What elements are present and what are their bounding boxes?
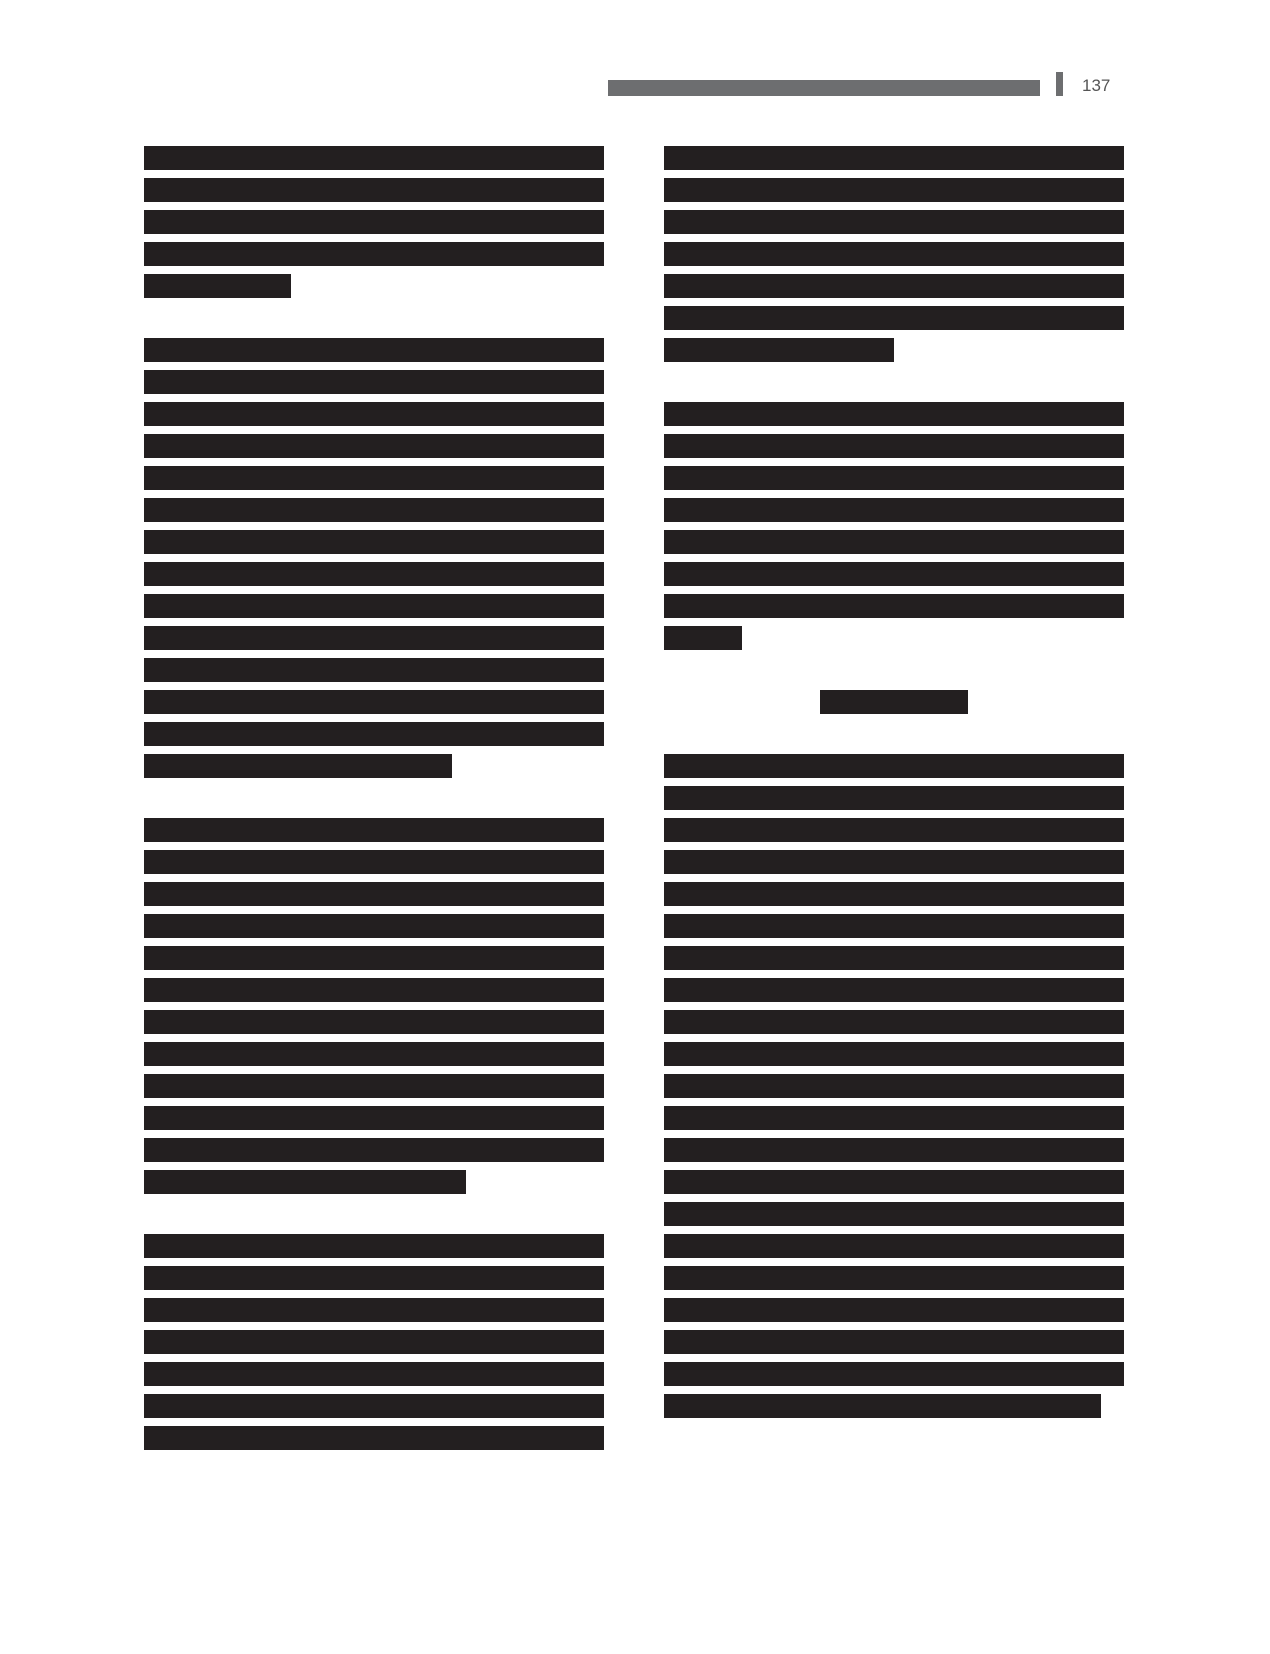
redacted-text-line <box>144 914 604 938</box>
redacted-text-line <box>664 1106 1124 1130</box>
redacted-text-line <box>664 914 1124 938</box>
redacted-text-line <box>664 562 1124 586</box>
redacted-paragraph <box>664 690 1124 714</box>
redacted-text-line <box>144 370 604 394</box>
redacted-text-line <box>664 1042 1124 1066</box>
redacted-text-line <box>664 498 1124 522</box>
redacted-text-line <box>144 1138 604 1162</box>
redacted-text-line <box>664 1362 1124 1386</box>
redacted-text-line <box>664 1010 1124 1034</box>
header-separator <box>1056 72 1063 96</box>
left-column <box>144 146 604 1458</box>
redacted-text-line <box>144 498 604 522</box>
redacted-text-line <box>664 178 1124 202</box>
redacted-text-line <box>144 338 604 362</box>
redacted-text-line <box>144 1330 604 1354</box>
redacted-text-line <box>144 1394 604 1418</box>
redacted-text-line <box>144 274 291 298</box>
redacted-text-line <box>664 626 742 650</box>
redacted-paragraph <box>664 754 1124 1418</box>
redacted-text-line <box>664 338 894 362</box>
redacted-text-line <box>144 1042 604 1066</box>
redacted-text-line <box>144 210 604 234</box>
right-column <box>664 146 1124 1426</box>
redacted-paragraph <box>664 146 1124 362</box>
redacted-text-line <box>144 690 604 714</box>
running-header-redacted <box>608 80 1040 96</box>
redacted-text-line <box>664 1138 1124 1162</box>
redacted-section-heading <box>820 690 967 714</box>
redacted-text-line <box>144 1426 604 1450</box>
redacted-text-line <box>664 594 1124 618</box>
redacted-text-line <box>144 466 604 490</box>
redacted-text-line <box>144 434 604 458</box>
redacted-text-line <box>144 1234 604 1258</box>
redacted-text-line <box>664 1330 1124 1354</box>
redacted-text-line <box>144 658 604 682</box>
redacted-text-line <box>664 754 1124 778</box>
redacted-paragraph <box>144 818 604 1194</box>
redacted-paragraph <box>144 338 604 778</box>
redacted-text-line <box>664 1394 1101 1418</box>
redacted-text-line <box>144 530 604 554</box>
redacted-text-line <box>664 242 1124 266</box>
redacted-text-line <box>144 978 604 1002</box>
redacted-text-line <box>144 626 604 650</box>
redacted-text-line <box>144 178 604 202</box>
redacted-text-line <box>664 882 1124 906</box>
redacted-text-line <box>144 1170 466 1194</box>
redacted-text-line <box>664 1298 1124 1322</box>
redacted-text-line <box>664 466 1124 490</box>
redacted-text-line <box>664 946 1124 970</box>
redacted-text-line <box>144 146 604 170</box>
redacted-text-line <box>144 1074 604 1098</box>
redacted-text-line <box>664 786 1124 810</box>
redacted-text-line <box>144 946 604 970</box>
redacted-text-line <box>664 274 1124 298</box>
redacted-text-line <box>144 242 604 266</box>
redacted-text-line <box>664 1202 1124 1226</box>
redacted-paragraph <box>144 146 604 298</box>
redacted-text-line <box>144 722 604 746</box>
redacted-text-line <box>664 402 1124 426</box>
redacted-paragraph <box>664 402 1124 650</box>
redacted-text-line <box>144 882 604 906</box>
redacted-text-line <box>144 1362 604 1386</box>
redacted-text-line <box>144 1106 604 1130</box>
redacted-text-line <box>664 818 1124 842</box>
redacted-paragraph <box>144 1234 604 1450</box>
redacted-text-line <box>144 850 604 874</box>
redacted-text-line <box>664 434 1124 458</box>
redacted-text-line <box>144 1266 604 1290</box>
redacted-text-line <box>144 1298 604 1322</box>
redacted-text-line <box>664 978 1124 1002</box>
redacted-text-line <box>144 402 604 426</box>
redacted-text-line <box>664 1266 1124 1290</box>
redacted-text-line <box>144 562 604 586</box>
redacted-text-line <box>664 146 1124 170</box>
redacted-text-line <box>144 594 604 618</box>
redacted-text-line <box>144 1010 604 1034</box>
page-number: 137 <box>1082 76 1110 96</box>
redacted-text-line <box>664 210 1124 234</box>
redacted-text-line <box>144 818 604 842</box>
redacted-text-line <box>664 1234 1124 1258</box>
redacted-text-line <box>664 1074 1124 1098</box>
redacted-text-line <box>664 1170 1124 1194</box>
redacted-text-line <box>144 754 452 778</box>
redacted-text-line <box>664 306 1124 330</box>
redacted-text-line <box>664 530 1124 554</box>
redacted-text-line <box>664 850 1124 874</box>
